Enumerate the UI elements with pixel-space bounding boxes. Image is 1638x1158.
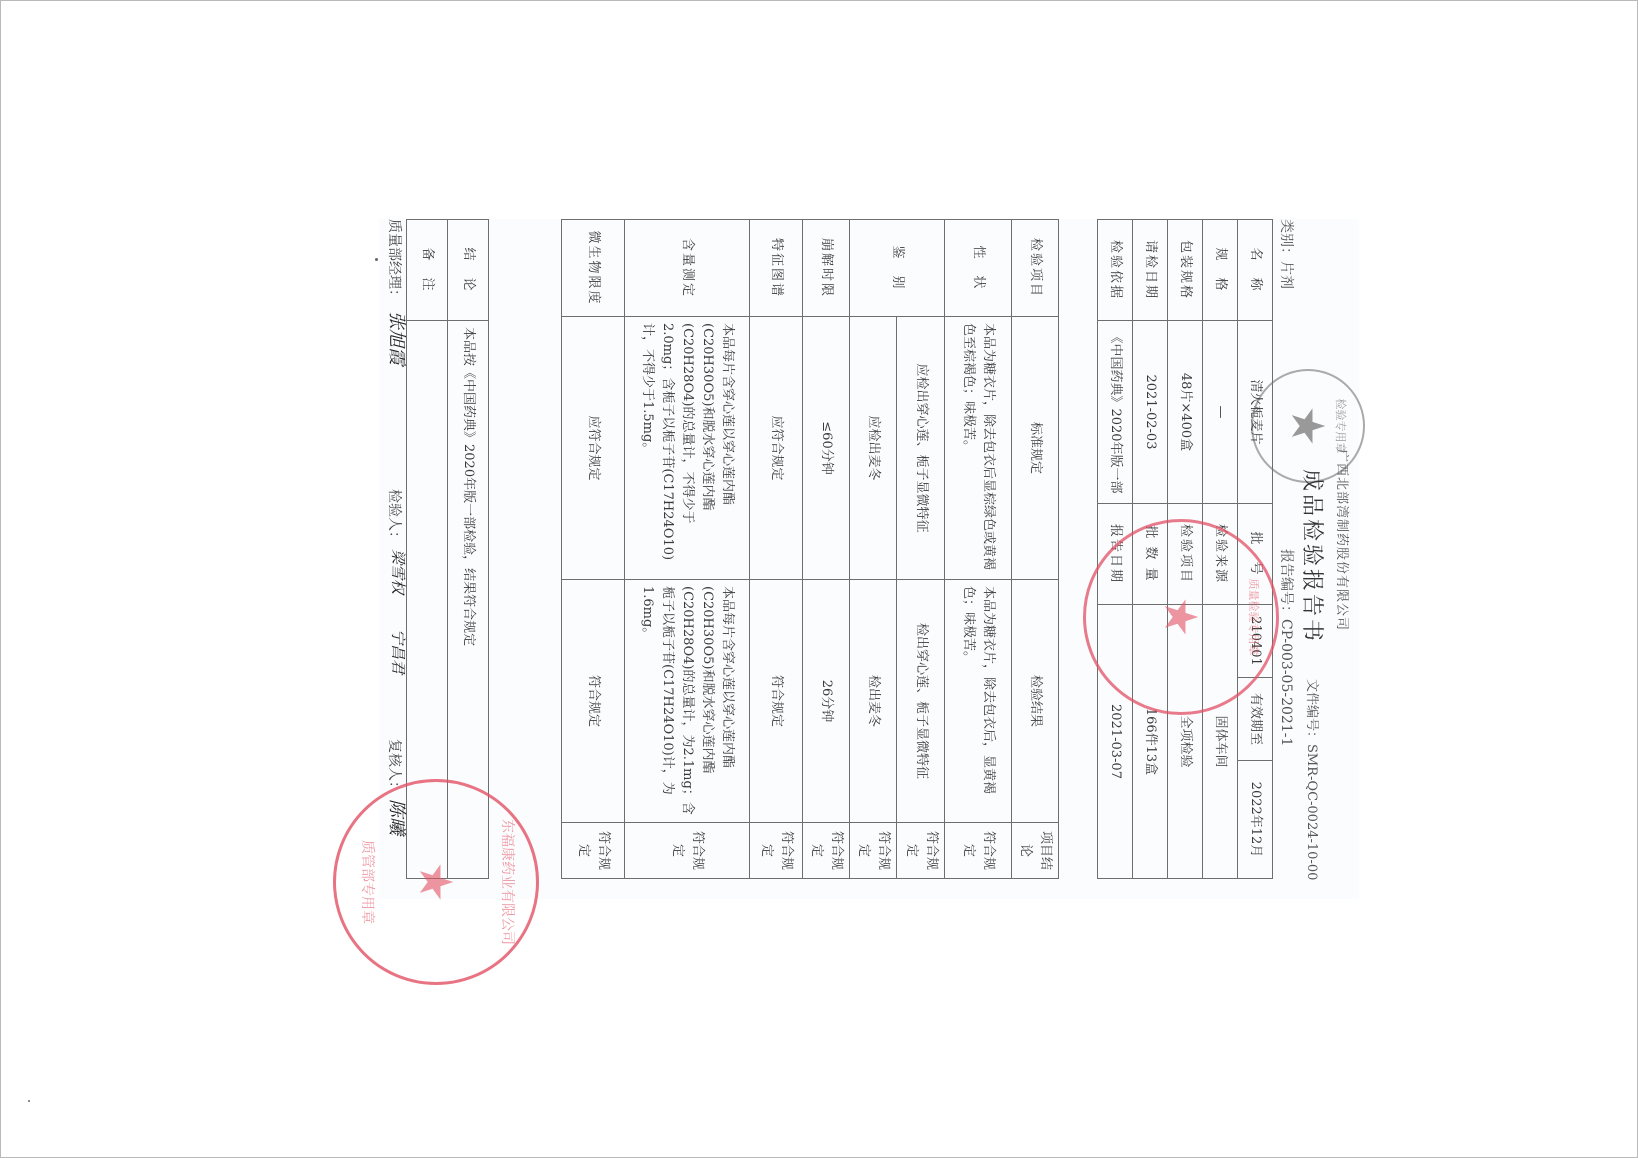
result-microbial-limit: 符合规定 [561, 580, 624, 823]
table-row: 含量测定 本品每片含穿心莲以穿心莲内酯(C20H30O5)和脱水穿心莲内酯(C2… [624, 220, 749, 879]
category: 类别：片剂 [1277, 219, 1297, 289]
result-identification-1: 检出穿心莲、栀子显微特征 [897, 580, 944, 823]
conclusion-appearance: 符合规定 [944, 823, 1011, 879]
value-report-date: 2021-03-07 [1098, 605, 1133, 879]
table-row: 鉴 别 应检出穿心莲、栀子显微特征 检出穿心莲、栀子显微特征 符合规定 [897, 220, 944, 879]
table-row: 崩解时限 ≤60分钟 26分钟 符合规定 [802, 220, 849, 879]
remarks-value [407, 321, 448, 879]
star-icon: ★ [1285, 405, 1331, 446]
result-fingerprint: 符合规定 [749, 580, 802, 823]
label-report-date: 报告日期 [1098, 504, 1133, 605]
inspection-report-page: 检验专用章 ★ 广西北部湾制药股份有限公司 成品检验报告书 文件编号：SMR-Q… [379, 219, 1359, 899]
value-source: 固体车间 [1203, 605, 1238, 879]
col-header-conclusion: 项目结论 [1011, 823, 1058, 879]
conclusion-value: 本品按《中国药典》2020年版一部检验，结果符合规定 [448, 321, 489, 879]
table-row: 包装规格 48片×400盒 检验项目 全项检验 [1168, 220, 1203, 879]
standard-microbial-limit: 应符合规定 [561, 317, 624, 580]
company-name: 广西北部湾制药股份有限公司 [1334, 449, 1353, 631]
item-microbial-limit: 微生物限度 [561, 220, 624, 317]
test-results-table: 检验项目 标准规定 检验结果 项目结论 性 状 本品为糖衣片，除去包衣后显棕绿色… [561, 219, 1059, 879]
value-request-date: 2021-02-03 [1133, 321, 1168, 504]
value-name: 清火栀麦片 [1238, 321, 1273, 504]
product-info-table: 名 称 清火栀麦片 批 号 210401 有效期至 2022年12月 规 格 —… [1097, 219, 1273, 879]
result-assay: 本品每片含穿心莲以穿心莲内酯(C20H30O5)和脱水穿心莲内酯(C20H28O… [624, 580, 749, 823]
document-title: 成品检验报告书 [1298, 469, 1329, 644]
value-spec: — [1203, 321, 1238, 504]
col-header-result: 检验结果 [1011, 580, 1058, 823]
inspector-2-signature: 宁昌君 [388, 629, 409, 674]
standard-appearance: 本品为糖衣片，除去包衣后显棕绿色或黄褐色至棕褐色；味极苦。 [944, 317, 1011, 580]
table-header-row: 检验项目 标准规定 检验结果 项目结论 [1011, 220, 1058, 879]
standard-assay: 本品每片含穿心莲以穿心莲内酯(C20H30O5)和脱水穿心莲内酯(C20H28O… [624, 317, 749, 580]
col-header-item: 检验项目 [1011, 220, 1058, 317]
reviewer-signature: 陈曦 [385, 799, 411, 835]
report-number: 报告编号：CP-003-05-2021-1 [1277, 549, 1297, 746]
value-test-items: 全项检验 [1168, 605, 1203, 879]
scan-speck [375, 258, 378, 261]
standard-identification-2: 应检出麦冬 [850, 317, 897, 580]
table-row: 名 称 清火栀麦片 批 号 210401 有效期至 2022年12月 [1238, 220, 1273, 879]
result-identification-2: 检出麦冬 [850, 580, 897, 823]
qa-manager-label: 质量部经理： [385, 219, 405, 303]
table-row: 结 论 本品按《中国药典》2020年版一部检验，结果符合规定 [448, 220, 489, 879]
result-appearance: 本品为糖衣片，除去包衣后，显黄褐色；味极苦。 [944, 580, 1011, 823]
standard-identification-1: 应检出穿心莲、栀子显微特征 [897, 317, 944, 580]
value-expiry: 2022年12月 [1238, 761, 1273, 879]
item-disintegration: 崩解时限 [802, 220, 849, 317]
conclusion-label: 结 论 [448, 220, 489, 321]
label-basis: 检验依据 [1098, 220, 1133, 321]
label-test-items: 检验项目 [1168, 504, 1203, 605]
file-number-value: SMR-QC-0024-10-00 [1304, 744, 1319, 880]
scan-speck [28, 1100, 30, 1102]
item-appearance: 性 状 [944, 220, 1011, 317]
result-disintegration: 26分钟 [802, 580, 849, 823]
value-batch-qty: 166件13盒 [1133, 605, 1168, 879]
label-expiry: 有效期至 [1238, 678, 1273, 761]
conclusion-identification-2: 符合规定 [850, 823, 897, 879]
standard-disintegration: ≤60分钟 [802, 317, 849, 580]
label-batch-no: 批 号 [1238, 504, 1273, 605]
table-row: 规 格 — 检验来源 固体车间 [1203, 220, 1238, 879]
conclusion-table: 结 论 本品按《中国药典》2020年版一部检验，结果符合规定 备 注 [406, 219, 489, 879]
item-identification: 鉴 别 [850, 220, 945, 317]
inspector-signature: 梁雪权 [388, 549, 409, 594]
label-name: 名 称 [1238, 220, 1273, 321]
report-number-value: CP-003-05-2021-1 [1278, 619, 1294, 746]
label-request-date: 请检日期 [1133, 220, 1168, 321]
label-source: 检验来源 [1203, 504, 1238, 605]
label-spec: 规 格 [1203, 220, 1238, 321]
conclusion-identification-1: 符合规定 [897, 823, 944, 879]
label-packaging: 包装规格 [1168, 220, 1203, 321]
category-value: 片剂 [1278, 261, 1294, 289]
table-row: 微生物限度 应符合规定 符合规定 符合规定 [561, 220, 624, 879]
value-basis: 《中国药典》2020年版一部 [1098, 321, 1133, 504]
table-row: 性 状 本品为糖衣片，除去包衣后显棕绿色或黄褐色至棕褐色；味极苦。 本品为糖衣片… [944, 220, 1011, 879]
conclusion-fingerprint: 符合规定 [749, 823, 802, 879]
qa-manager-signature: 张旭霞 [385, 311, 411, 365]
file-number: 文件编号：SMR-QC-0024-10-00 [1304, 679, 1323, 880]
table-row: 应检出麦冬 检出麦冬 符合规定 [850, 220, 897, 879]
value-batch-no: 210401 [1238, 605, 1273, 678]
item-assay: 含量测定 [624, 220, 749, 317]
conclusion-microbial-limit: 符合规定 [561, 823, 624, 879]
conclusion-disintegration: 符合规定 [802, 823, 849, 879]
value-packaging: 48片×400盒 [1168, 321, 1203, 504]
conclusion-assay: 符合规定 [624, 823, 749, 879]
category-label: 类别： [1278, 219, 1294, 261]
label-batch-qty: 批 数 量 [1133, 504, 1168, 605]
report-number-label: 报告编号： [1278, 549, 1294, 619]
table-row: 备 注 [407, 220, 448, 879]
reviewer-label: 复核人： [385, 739, 405, 795]
table-row: 特征图谱 应符合规定 符合规定 符合规定 [749, 220, 802, 879]
standard-fingerprint: 应符合规定 [749, 317, 802, 580]
item-fingerprint: 特征图谱 [749, 220, 802, 317]
table-row: 请检日期 2021-02-03 批 数 量 166件13盒 [1133, 220, 1168, 879]
inspector-label: 检验人： [385, 489, 405, 545]
table-row: 检验依据 《中国药典》2020年版一部 报告日期 2021-03-07 [1098, 220, 1133, 879]
col-header-standard: 标准规定 [1011, 317, 1058, 580]
remarks-label: 备 注 [407, 220, 448, 321]
file-number-label: 文件编号： [1304, 679, 1319, 744]
